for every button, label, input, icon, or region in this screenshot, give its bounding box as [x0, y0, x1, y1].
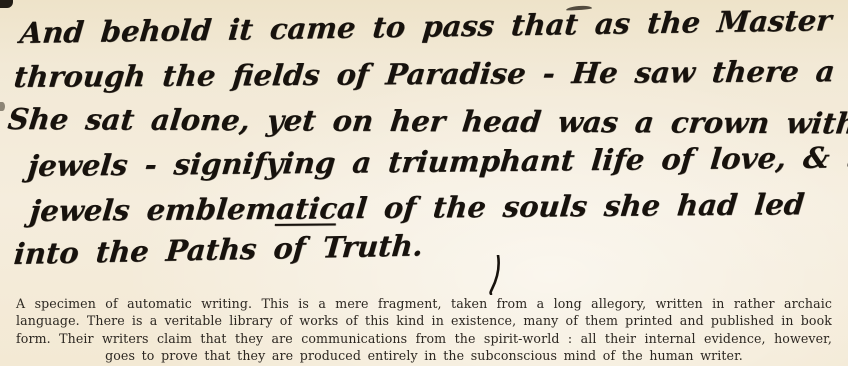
handwriting-line: into the Paths of Truth.: [13, 228, 425, 271]
scan-corner-mark: [0, 0, 13, 8]
handwriting-line: She sat alone, yet on her head was a cro…: [6, 102, 848, 141]
ink-speck: [0, 102, 5, 111]
handwriting-segment-underlined: atic: [275, 191, 339, 226]
scanned-page: And behold it came to pass that as the M…: [0, 0, 848, 366]
handwriting-line: And behold it came to pass that as the M…: [18, 1, 848, 50]
ink-flourish: [488, 255, 504, 295]
handwriting-line: through the fields of Paradise - He saw …: [12, 53, 848, 94]
figure-caption: A specimen of automatic writing. This is…: [16, 295, 832, 365]
handwriting-segment: jewels emblem: [28, 192, 278, 228]
handwriting-line: jewels emblematical of the souls she had…: [28, 187, 805, 228]
handwriting-line: jewels - signifying a triumphant life of…: [26, 140, 848, 183]
handwriting-segment: al of the souls she had led: [336, 187, 806, 225]
